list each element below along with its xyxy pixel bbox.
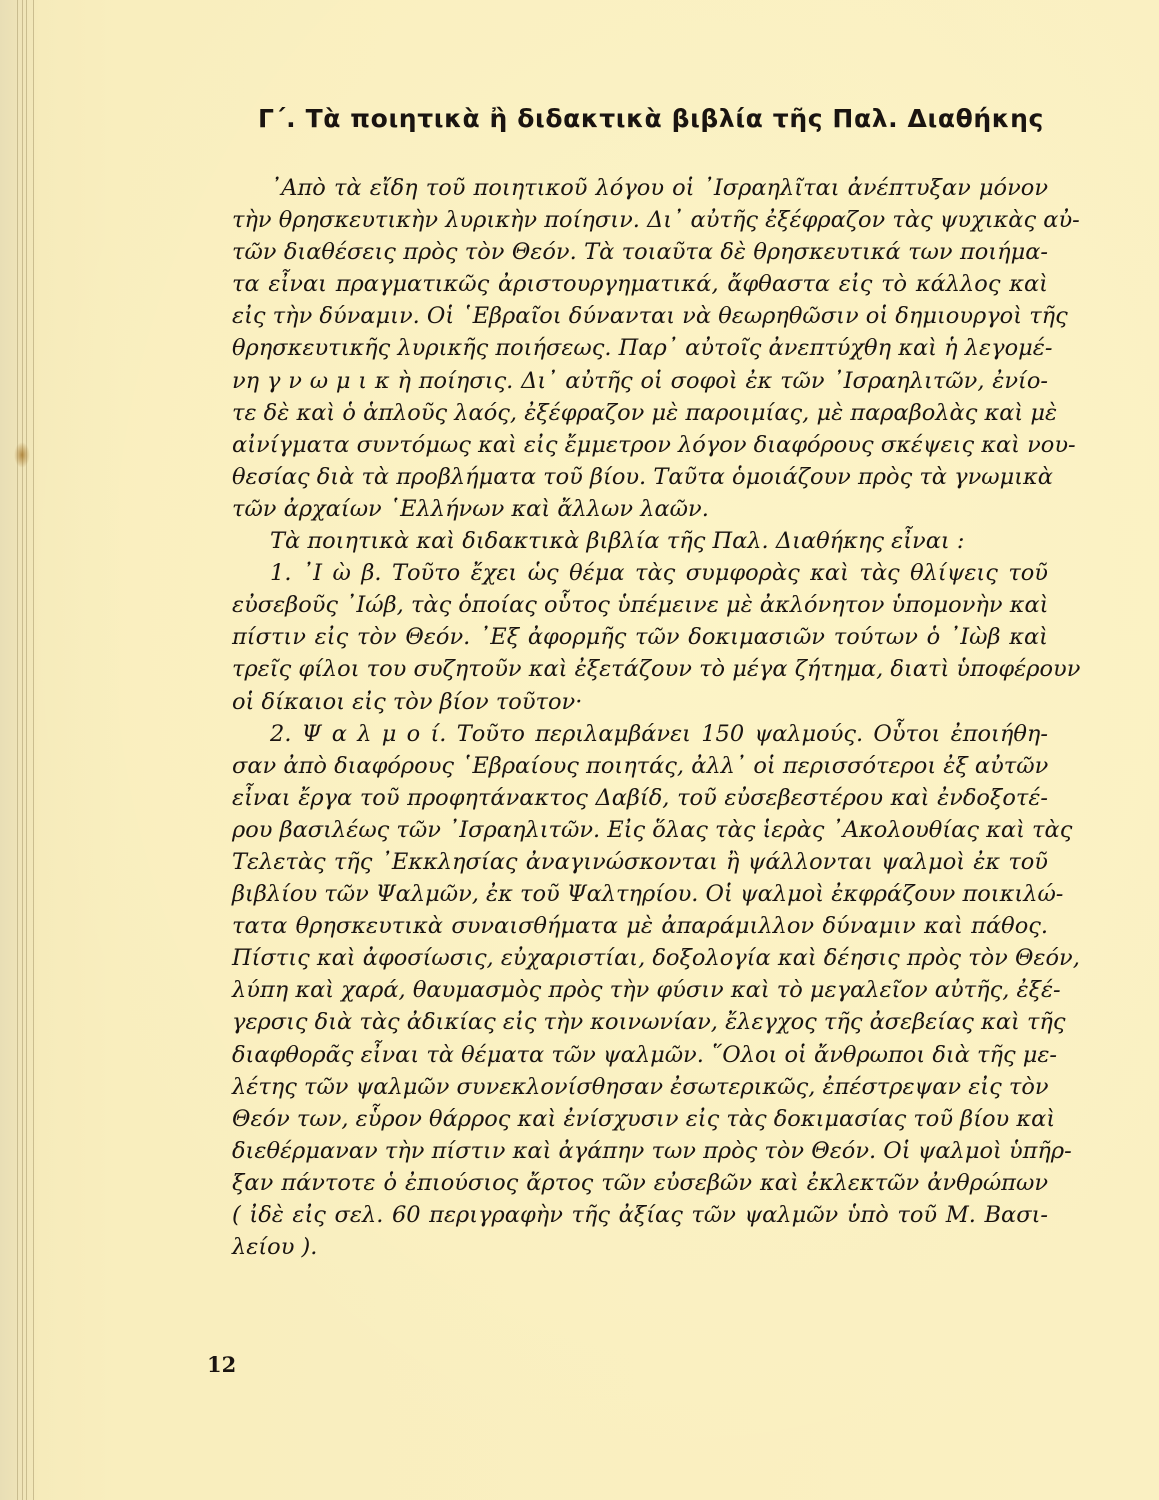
text-line: λείου ).	[232, 1231, 1048, 1263]
text-line: διεθέρμαναν τὴν πίστιν καὶ ἀγάπην των πρ…	[232, 1135, 1048, 1167]
text-line: ᾿Απὸ τὰ εἴδη τοῦ ποιητικοῦ λόγου οἱ ᾿Ισρ…	[232, 172, 1048, 204]
binding-line	[33, 0, 34, 1500]
text-line: ξαν πάντοτε ὁ ἐπιούσιος ἄρτος τῶν εὐσεβῶ…	[232, 1167, 1048, 1199]
text-line: νη γ ν ω μ ι κ ὴ ποίησις. Δι᾿ αὐτῆς οἱ σ…	[232, 365, 1048, 397]
text-line: τὴν θρησκευτικὴν λυρικὴν ποίησιν. Δι᾿ αὐ…	[232, 204, 1048, 236]
text-line: εἰς τὴν δύναμιν. Οἱ ῾Εβραῖοι δύνανται νὰ…	[232, 300, 1048, 332]
list-intro-line: Τὰ ποιητικὰ καὶ διδακτικὰ βιβλία τῆς Παλ…	[232, 525, 1048, 557]
text-line: γερσις διὰ τὰς ἀδικίας εἰς τὴν κοινωνίαν…	[232, 1006, 1048, 1038]
list-item-psalms: 2. Ψ α λ μ ο ί. Τοῦτο περιλαμβάνει 150 ψ…	[232, 718, 1048, 750]
text-line: λύπη καὶ χαρά, θαυμασμὸς πρὸς τὴν φύσιν …	[232, 974, 1048, 1006]
text-line: εὐσεβοῦς ᾿Ιώβ, τὰς ὁποίας οὗτος ὑπέμεινε…	[232, 589, 1048, 621]
text-line: τρεῖς φίλοι του συζητοῦν καὶ ἐξετάζουν τ…	[232, 653, 1048, 685]
text-line: Τελετὰς τῆς ᾿Εκκλησίας ἀναγινώσκονται ἢ …	[232, 846, 1048, 878]
text-line: Θεόν των, εὗρον θάρρος καὶ ἐνίσχυσιν εἰς…	[232, 1103, 1048, 1135]
text-line: θρησκευτικῆς λυρικῆς ποιήσεως. Παρ᾿ αὐτο…	[232, 332, 1048, 364]
binding-line	[22, 0, 23, 1500]
text-line: πίστιν εἰς τὸν Θεόν. ᾿Εξ ἀφορμῆς τῶν δοκ…	[232, 621, 1048, 653]
text-line: διαφθορᾶς εἶναι τὰ θέματα τῶν ψαλμῶν. ῞Ο…	[232, 1039, 1048, 1071]
text-line: οἱ δίκαιοι εἰς τὸν βίον τοῦτον·	[232, 686, 1048, 718]
text-line: Πίστις καὶ ἀφοσίωσις, εὐχαριστίαι, δοξολ…	[232, 942, 1048, 974]
text-line: τῶν ἀρχαίων ῾Ελλήνων καὶ ἄλλων λαῶν.	[232, 493, 1048, 525]
text-line: λέτης τῶν ψαλμῶν συνεκλονίσθησαν ἐσωτερι…	[232, 1071, 1048, 1103]
text-line: τα εἶναι πραγματικῶς ἀριστουργηματικά, ἄ…	[232, 268, 1048, 300]
text-line: βιβλίου τῶν Ψαλμῶν, ἐκ τοῦ Ψαλτηρίου. Οἱ…	[232, 878, 1048, 910]
text-line: εἶναι ἔργα τοῦ προφητάνακτος Δαβίδ, τοῦ …	[232, 782, 1048, 814]
text-line: αἰνίγματα συντόμως καὶ εἰς ἔμμετρον λόγο…	[232, 429, 1048, 461]
binding-line	[17, 0, 18, 1500]
text-line: ρου βασιλέως τῶν ᾿Ισραηλιτῶν. Εἰς ὅλας τ…	[232, 814, 1048, 846]
text-line: τῶν διαθέσεις πρὸς τὸν Θεόν. Τὰ τοιαῦτα …	[232, 236, 1048, 268]
paper-stain	[14, 442, 30, 468]
page-number: 12	[207, 1352, 236, 1377]
text-line: θεσίας διὰ τὰ προβλήματα τοῦ βίου. Ταῦτα…	[232, 461, 1048, 493]
section-heading: Γ΄. Τὰ ποιητικὰ ἢ διδακτικὰ βιβλία τῆς Π…	[258, 104, 1018, 133]
text-line: τατα θρησκευτικὰ συναισθήματα μὲ ἀπαράμι…	[232, 910, 1048, 942]
list-item-job: 1. ᾿Ι ὼ β. Τοῦτο ἔχει ὡς θέμα τὰς συμφορ…	[232, 557, 1048, 589]
body-text: ᾿Απὸ τὰ εἴδη τοῦ ποιητικοῦ λόγου οἱ ᾿Ισρ…	[232, 172, 1048, 1263]
text-line: σαν ἀπὸ διαφόρους ῾Εβραίους ποιητάς, ἀλλ…	[232, 750, 1048, 782]
text-line: ( ἰδὲ εἰς σελ. 60 περιγραφὴν τῆς ἀξίας τ…	[232, 1199, 1048, 1231]
text-line: τε δὲ καὶ ὁ ἁπλοῦς λαός, ἐξέφραζον μὲ πα…	[232, 397, 1048, 429]
binding-line	[26, 0, 27, 1500]
